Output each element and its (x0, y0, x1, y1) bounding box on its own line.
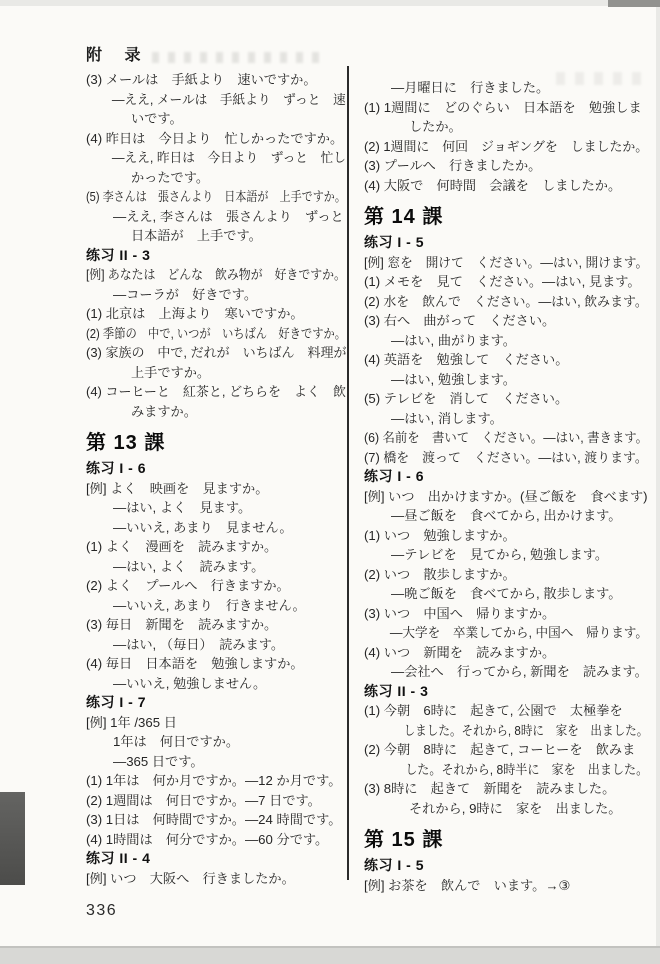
text-line: —昼ご飯を 食べてから, 出かけます。 (364, 506, 648, 526)
text-line: (2) いつ 散歩しますか。 (364, 565, 648, 585)
text-line: しました。それから, 8時に 家を 出ました。 (364, 721, 614, 741)
text-line: —ええ, 昨日は 今日より ずっと 忙し (86, 148, 335, 168)
exercise-heading: 练习 II - 4 (86, 849, 346, 869)
text-line: —いいえ, 勉強しません。 (86, 674, 346, 694)
text-line: (3) 家族の 中で, だれが いちばん 料理が (86, 343, 342, 363)
text-line: —月曜日に 行きました。 (364, 78, 648, 98)
text-line: (4) 1時間は 何分ですか。—60 分です。 (86, 830, 346, 850)
text-line: —365 日です。 (86, 752, 346, 772)
scan-edge-artifact (608, 0, 660, 7)
text-line: (2) よく プールへ 行きますか。 (86, 576, 346, 596)
text-line: —はい, （毎日） 読みます。 (86, 635, 346, 655)
text-line: [例] いつ 大阪へ 行きましたか。 (86, 869, 346, 889)
exercise-heading: 练习 I - 6 (86, 459, 346, 479)
text-line: —はい, よく 見ます。 (86, 498, 346, 518)
text-line: 上手ですか。 (86, 363, 346, 383)
text-line: [例] 窓を 開けて ください。—はい, 開けます。 (364, 253, 638, 273)
chapter-heading: 第 14 課 (364, 195, 648, 233)
text-line: (3) 毎日 新聞を 読みますか。 (86, 615, 346, 635)
text-line: —はい, 勉強します。 (364, 370, 648, 390)
page-number: 336 (86, 902, 117, 920)
text-line: 1年は 何日ですか。 (86, 732, 346, 752)
text-line: (5) テレビを 消して ください。 (364, 389, 648, 409)
exercise-heading: 练习 I - 6 (364, 467, 648, 487)
text-line: 日本語が 上手です。 (86, 226, 346, 246)
text-line: (7) 橋を 渡って ください。—はい, 渡ります。 (364, 448, 642, 468)
text-line: —いいえ, あまり 行きません。 (86, 596, 346, 616)
chapter-heading: 第 13 課 (86, 421, 346, 459)
text-line: (2) 1週間に 何回 ジョギングを しましたか。 (364, 137, 642, 157)
scanned-page: 附 录 (3) メールは 手紙より 速いですか。—ええ, メールは 手紙より ず… (0, 6, 656, 946)
text-line: (1) 1年は 何か月ですか。—12 か月です。 (86, 771, 346, 791)
text-line: かったです。 (86, 168, 346, 188)
exercise-heading: 练习 I - 5 (364, 856, 648, 876)
text-line: (3) プールへ 行きましたか。 (364, 156, 648, 176)
chapter-heading: 第 15 課 (364, 818, 648, 856)
text-line: —ええ, 李さんは 張さんより ずっと (86, 207, 346, 227)
text-line: (1) 北京は 上海より 寒いですか。 (86, 304, 346, 324)
text-line: それから, 9時に 家を 出ました。 (364, 799, 648, 819)
text-line: (1) いつ 勉強しますか。 (364, 526, 648, 546)
text-line: —晩ご飯を 食べてから, 散歩します。 (364, 584, 648, 604)
text-line: (4) 大阪で 何時間 会議を しましたか。 (364, 176, 648, 196)
exercise-heading: 练习 I - 7 (86, 693, 346, 713)
text-line: (4) 昨日は 今日より 忙しかったですか。 (86, 129, 346, 149)
text-line: (4) 毎日 日本語を 勉強しますか。 (86, 654, 346, 674)
exercise-heading: 练习 II - 3 (364, 682, 648, 702)
text-line: [例] 1年 /365 日 (86, 713, 346, 733)
text-line: (2) 今朝 8時に 起きて, コーヒーを 飲みま (364, 740, 648, 760)
text-line: [例] いつ 出かけますか。(昼ご飯を 食べます) (364, 487, 648, 507)
thumb-index-tab (0, 792, 25, 885)
exercise-heading: 练习 II - 3 (86, 246, 346, 266)
text-line: (1) 1週間に どのぐらい 日本語を 勉強しま (364, 98, 648, 118)
text-line: (5) 李さんは 張さんより 日本語が 上手ですか。 (86, 187, 304, 207)
text-line: —いいえ, あまり 見ません。 (86, 518, 346, 538)
text-line: [例] お茶を 飲んで います。→③ (364, 876, 648, 896)
text-line: —ええ, メールは 手紙より ずっと 速 (86, 90, 335, 110)
text-line: —大学を 卒業してから, 中国へ 帰ります。 (364, 623, 636, 643)
left-column: (3) メールは 手紙より 速いですか。—ええ, メールは 手紙より ずっと 速… (86, 70, 346, 895)
text-line: —はい, 曲がります。 (364, 331, 648, 351)
text-line: —テレビを 見てから, 勉強します。 (364, 545, 648, 565)
text-line: —コーラが 好きです。 (86, 285, 346, 305)
text-line: いです。 (86, 109, 346, 129)
text-line: (2) 水を 飲んで ください。—はい, 飲みます。 (364, 292, 642, 312)
exercise-heading: 练习 I - 5 (364, 233, 648, 253)
text-line: (2) 1週間は 何日ですか。—7 日です。 (86, 791, 346, 811)
text-line: (4) いつ 新聞を 読みますか。 (364, 643, 648, 663)
text-line: (3) 8時に 起きて 新聞を 読みました。 (364, 779, 648, 799)
column-divider (347, 66, 349, 880)
text-line: —会社へ 行ってから, 新聞を 読みます。 (364, 662, 648, 682)
text-line: したか。 (364, 117, 648, 137)
text-line: (3) 1日は 何時間ですか。—24 時間です。 (86, 810, 346, 830)
text-line: —はい, 消します。 (364, 409, 648, 429)
text-line: (1) メモを 見て ください。—はい, 見ます。 (364, 272, 648, 292)
text-line: (3) 右へ 曲がって ください。 (364, 311, 648, 331)
text-line: (3) メールは 手紙より 速いですか。 (86, 70, 346, 90)
two-column-content: (3) メールは 手紙より 速いですか。—ええ, メールは 手紙より ずっと 速… (86, 70, 646, 895)
text-line: (6) 名前を 書いて ください。—はい, 書きます。 (364, 428, 630, 448)
text-line: (4) 英語を 勉強して ください。 (364, 350, 648, 370)
page-header: 附 录 (86, 42, 149, 65)
right-column: —月曜日に 行きました。(1) 1週間に どのぐらい 日本語を 勉強しましたか。… (364, 70, 648, 895)
text-line: (1) 今朝 6時に 起きて, 公園で 太極拳を (364, 701, 648, 721)
text-line: (1) よく 漫画を 読みますか。 (86, 537, 346, 557)
text-line: みますか。 (86, 402, 346, 422)
text-line: —はい, よく 読みます。 (86, 557, 346, 577)
ink-bleed-artifact (152, 52, 327, 63)
text-line: (4) コーヒーと 紅茶と, どちらを よく 飲 (86, 382, 342, 402)
text-line: (3) いつ 中国へ 帰りますか。 (364, 604, 648, 624)
scan-edge-artifact (0, 946, 660, 964)
text-line: (2) 季節の 中で, いつが いちばん 好きですか。 (86, 324, 308, 344)
text-line: [例] よく 映画を 見ますか。 (86, 479, 346, 499)
text-line: [例] あなたは どんな 飲み物が 好きですか。 (86, 265, 321, 285)
text-line: した。それから, 8時半に 家を 出ました。 (364, 760, 624, 780)
